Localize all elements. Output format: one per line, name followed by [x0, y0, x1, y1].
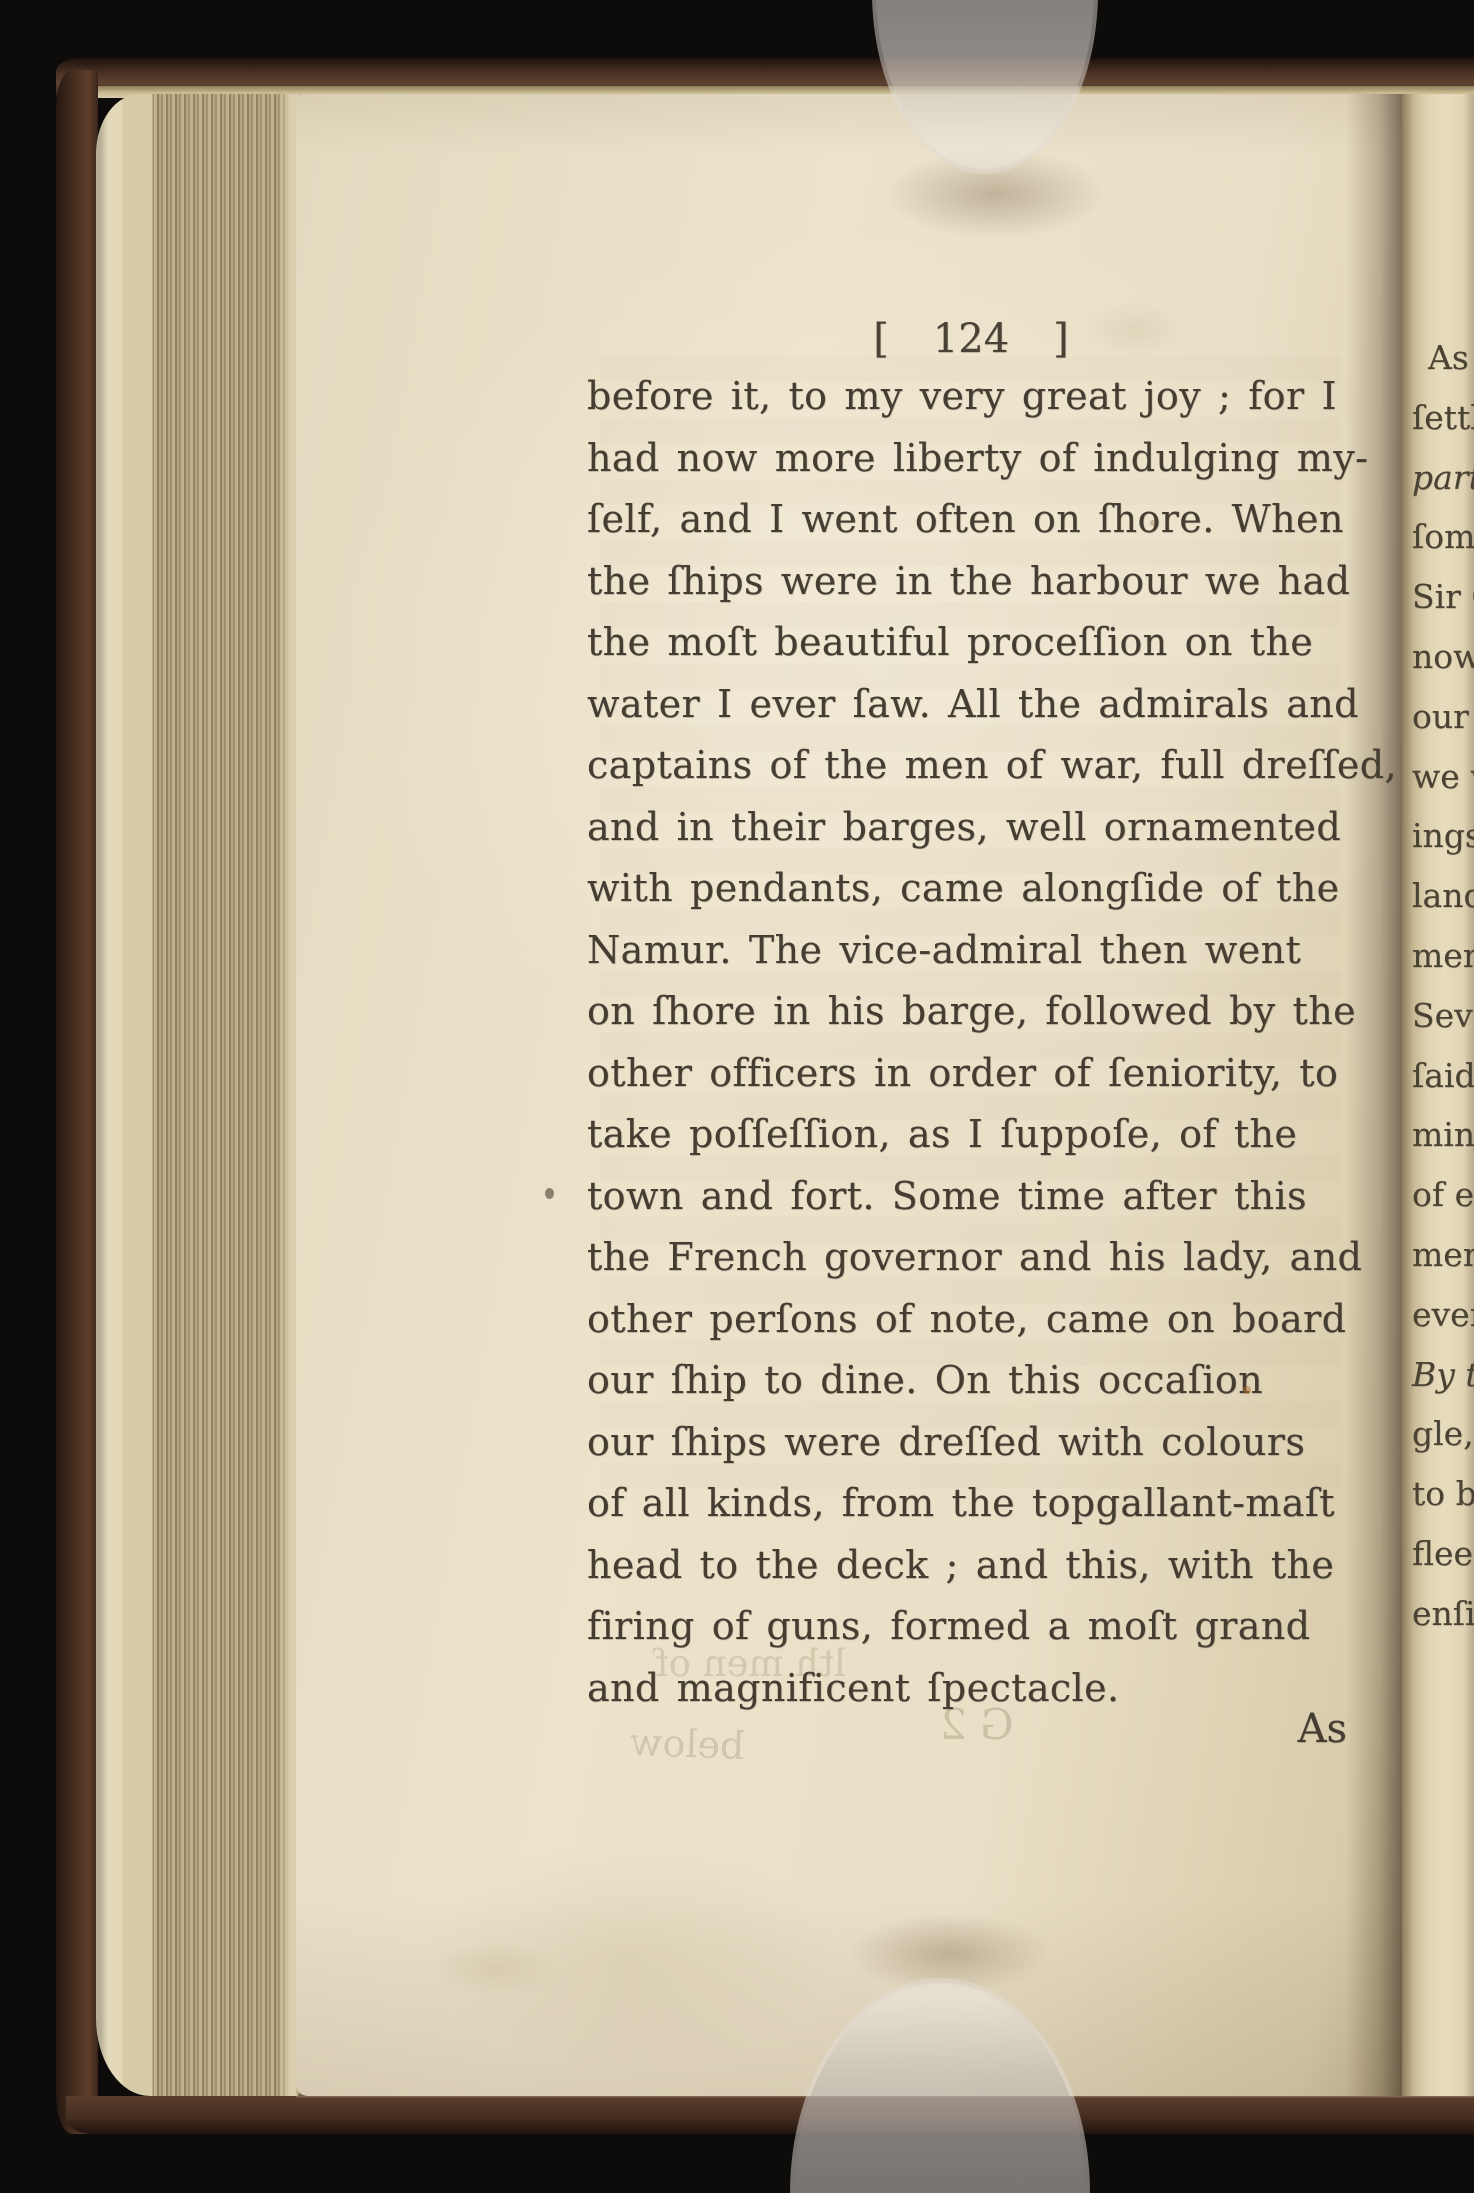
stain-blotch — [430, 1940, 560, 1996]
stain-speck — [545, 1188, 554, 1199]
text-line: enſigns — [1412, 1596, 1474, 1632]
text-line: ſome ſhi — [1412, 519, 1474, 555]
page-number: 124 — [933, 316, 1009, 362]
text-line: Namur. The vice-admiral then went — [587, 928, 1359, 974]
text-line: take poſſeſſion, as I ſuppoſe, of the — [587, 1112, 1359, 1158]
page-fore-edge-stack — [96, 94, 298, 2096]
text-line: on ſhore in his barge, followed by the — [587, 989, 1359, 1035]
text-line: our paſ — [1412, 699, 1474, 735]
text-line: fleet, w — [1412, 1536, 1474, 1572]
text-line: By this — [1412, 1357, 1474, 1393]
text-line: other perſons of note, came on board — [587, 1297, 1359, 1343]
stain-blotch — [1080, 300, 1190, 360]
book-photo: lth men of G 2 below [ 124 ] before it, … — [0, 0, 1474, 2193]
text-line: head to the deck ; and this, with the — [587, 1543, 1359, 1589]
stain-speck — [1150, 520, 1156, 526]
text-line: the moſt beautiful proceſſion on the — [587, 620, 1359, 666]
catchword: As — [585, 1706, 1347, 1752]
text-line: ſettled, — [1412, 400, 1474, 436]
text-line: the ſhips were in the harbour we had — [587, 559, 1359, 605]
text-line: before it, to my very great joy ; for I — [587, 374, 1359, 420]
text-line: the French governor and his lady, and — [587, 1235, 1359, 1281]
text-line: of each — [1412, 1177, 1474, 1213]
text-line: had now more liberty of indulging my- — [587, 436, 1359, 482]
text-line: and magnificent ſpectacle. — [587, 1666, 1359, 1712]
text-line: other officers in order of ſeniority, to — [587, 1051, 1359, 1097]
page-header: [ 124 ] — [585, 316, 1357, 362]
text-line: captains of the men of war, full dreſſed… — [587, 743, 1359, 789]
text-line: our ſhip to dine. On this occaſion — [587, 1358, 1359, 1404]
header-bracket-left: [ — [873, 316, 889, 362]
stain-speck — [1243, 1386, 1251, 1394]
book-cover-bottom-edge — [66, 2096, 1474, 2134]
text-line: and in their barges, well ornamented — [587, 805, 1359, 851]
text-line: As f — [1412, 340, 1474, 376]
text-line: to be h — [1412, 1476, 1474, 1512]
book-cover-spine-edge — [56, 70, 98, 2134]
text-line: even b — [1412, 1297, 1474, 1333]
text-line: part of t — [1412, 460, 1474, 496]
text-line: now wi — [1412, 639, 1474, 675]
text-line: ings, a — [1412, 818, 1474, 854]
text-line: with pendants, came alongſide of the — [587, 866, 1359, 912]
text-line: Sir Cha — [1412, 579, 1474, 615]
text-line: minute — [1412, 1117, 1474, 1153]
text-line: Several — [1412, 998, 1474, 1034]
text-line: men of — [1412, 938, 1474, 974]
text-line: our ſhips were dreſſed with colours — [587, 1420, 1359, 1466]
text-line: water I ever ſaw. All the admirals and — [587, 682, 1359, 728]
text-line: ſelf, and I went often on ſhore. When — [587, 497, 1359, 543]
text-line: of all kinds, from the topgallant-maſt — [587, 1481, 1359, 1527]
text-line: land, w — [1412, 878, 1474, 914]
text-line: ſaid, as — [1412, 1058, 1474, 1094]
text-line: town and fort. Some time after this — [587, 1174, 1359, 1220]
text-line: men of — [1412, 1237, 1474, 1273]
text-line: gle, and — [1412, 1416, 1474, 1452]
text-line: we wer — [1412, 759, 1474, 795]
text-line: firing of guns, formed a moſt grand — [587, 1604, 1359, 1650]
header-bracket-right: ] — [1053, 316, 1069, 362]
right-page-sliver — [1402, 94, 1474, 2096]
